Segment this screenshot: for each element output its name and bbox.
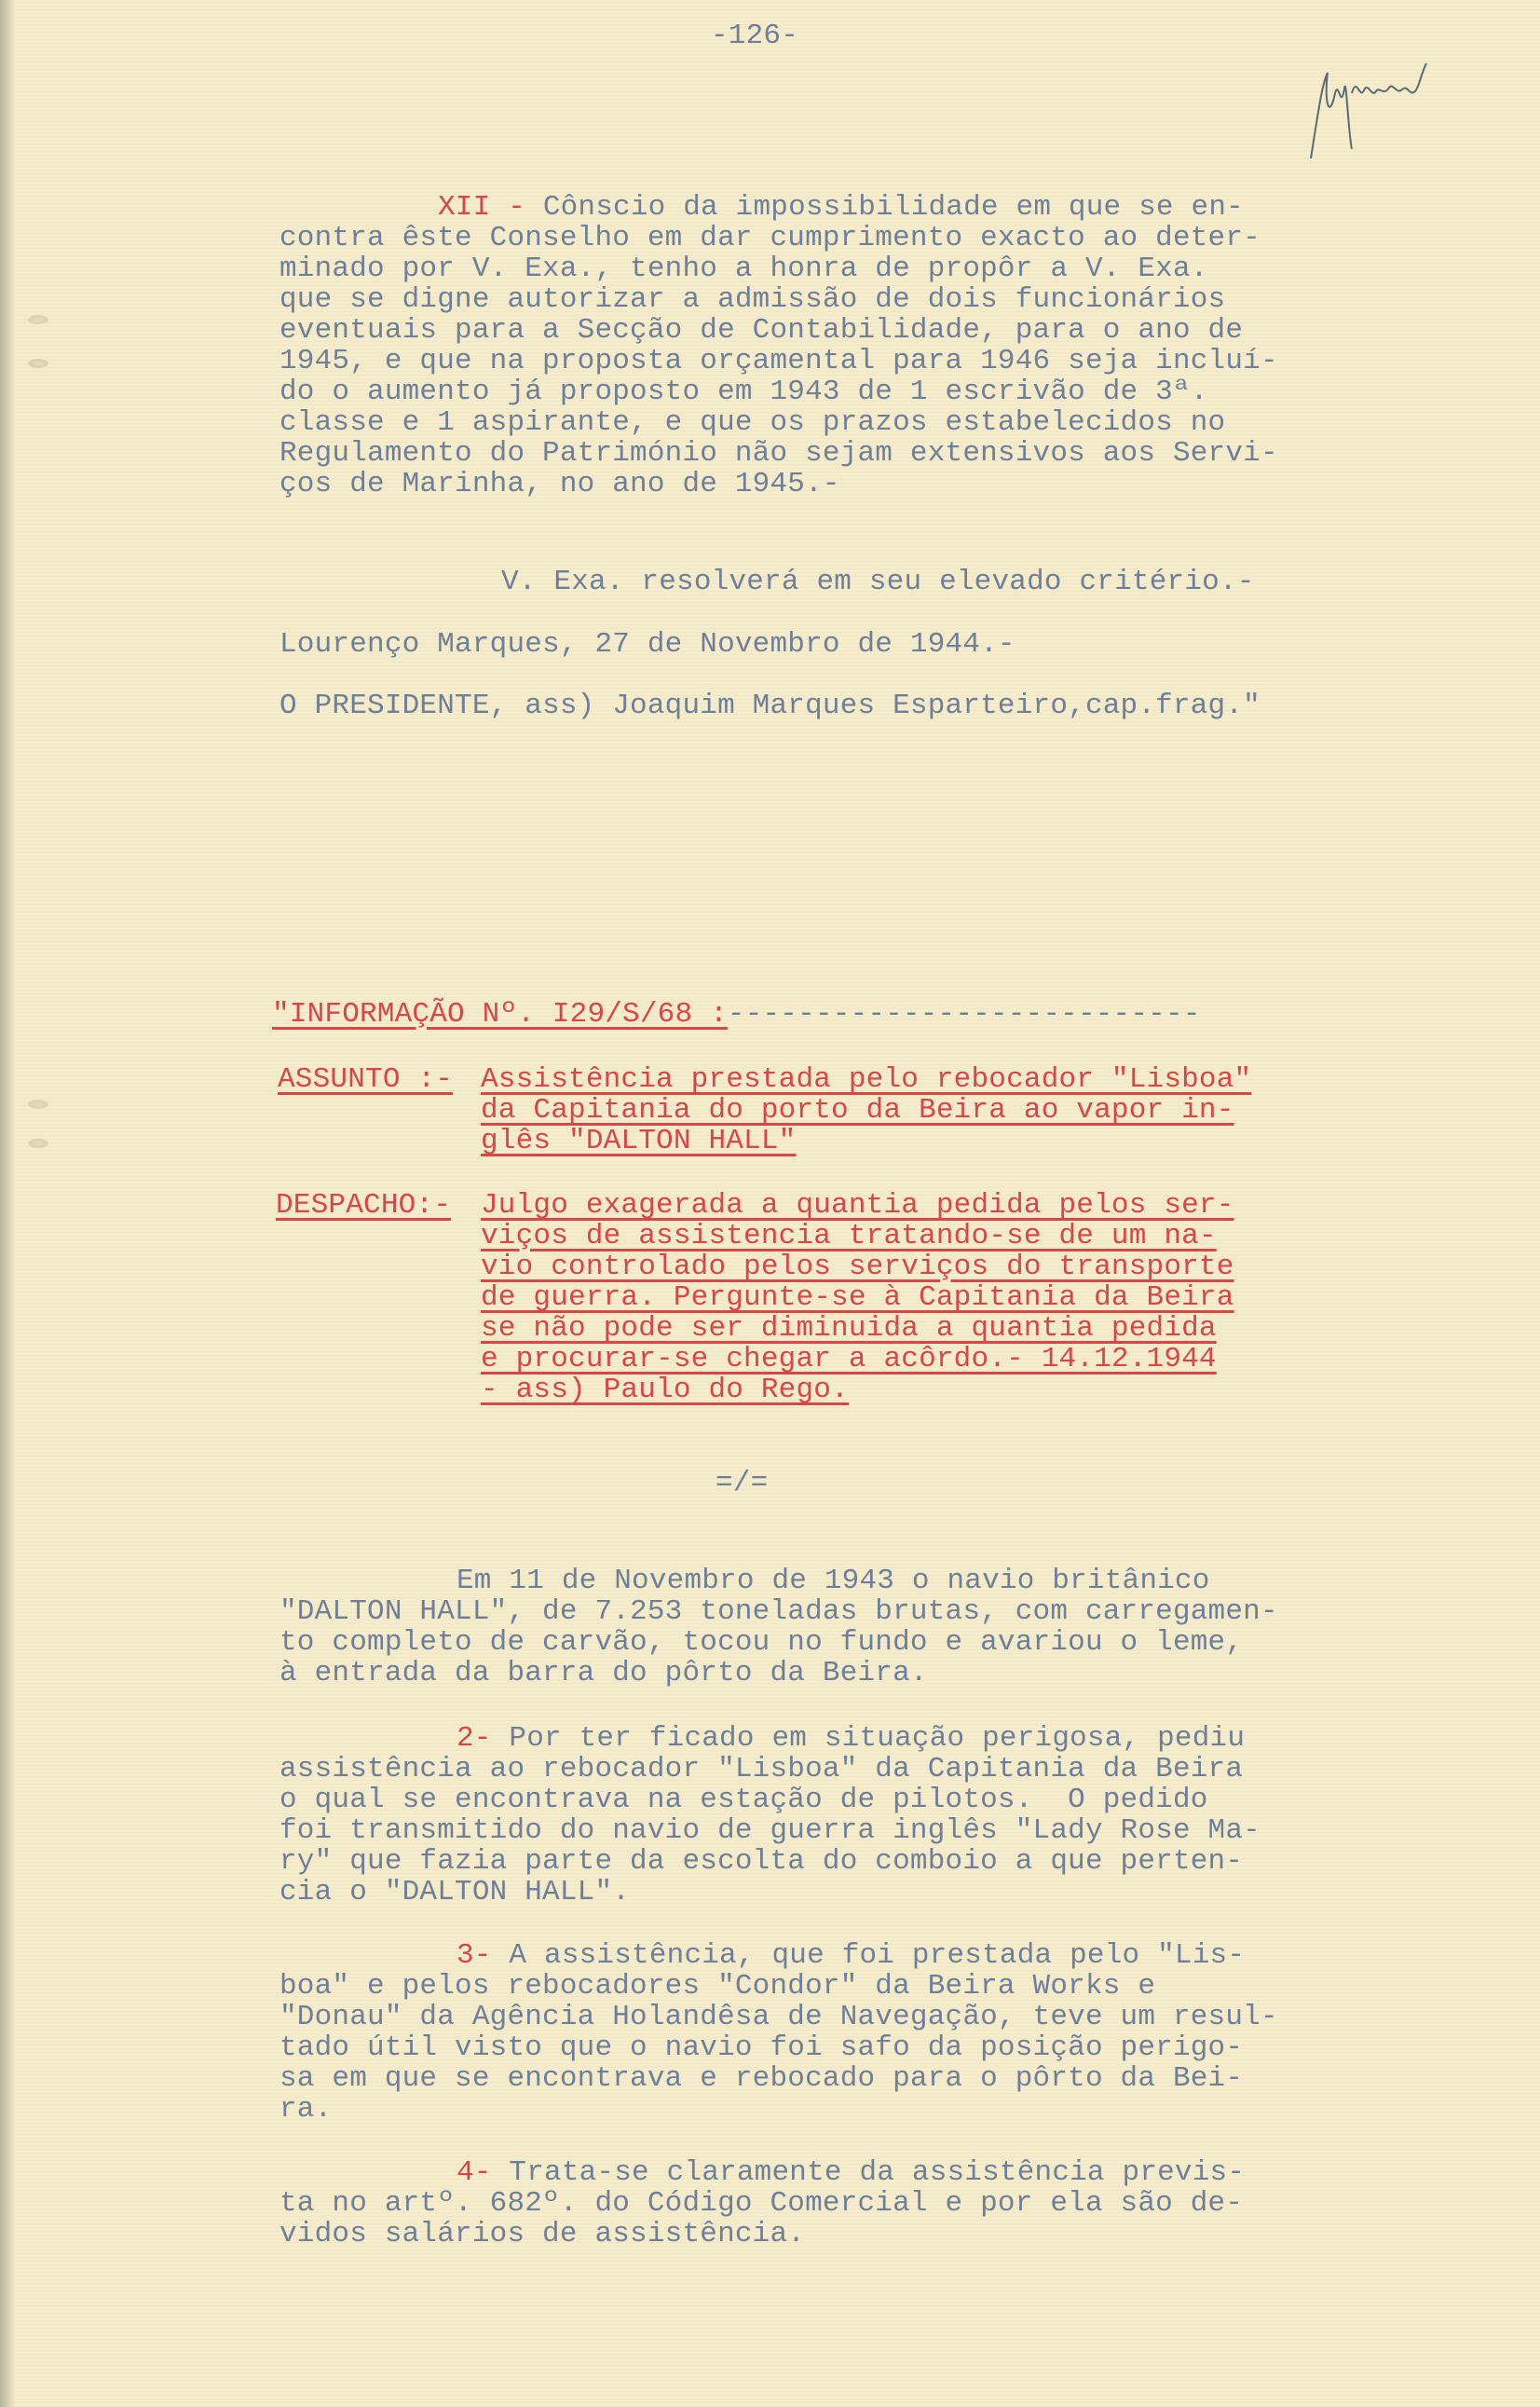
p4-number: 4- [457, 2156, 492, 2189]
place-date: Lourenço Marques, 27 de Novembro de 1944… [279, 629, 1015, 660]
assunto-line: glês "DALTON HALL" [481, 1126, 796, 1156]
signature-icon [1300, 56, 1486, 168]
section-xii-line: minado por V. Exa., tenho a honra de pro… [279, 253, 1208, 284]
p2-line: foi transmitido do navio de guerra inglê… [279, 1815, 1261, 1846]
signed-line: O PRESIDENTE, ass) Joaquim Marques Espar… [279, 691, 1261, 721]
despacho-line: de guerra. Pergunte-se à Capitania da Be… [481, 1282, 1234, 1313]
despacho-line: - ass) Paulo do Rego. [481, 1374, 849, 1405]
page-edge [0, 0, 15, 2407]
p4-line: ta no artº. 682º. do Código Comercial e … [279, 2188, 1243, 2219]
section-separator: =/= [715, 1468, 768, 1498]
assunto-line: Assistência prestada pelo rebocador "Lis… [481, 1064, 1251, 1095]
punch-mark [28, 359, 48, 368]
p2-number: 2- [457, 1722, 492, 1755]
punch-mark [28, 1100, 48, 1109]
p3-line: ra. [279, 2094, 332, 2125]
p3-line: 3- A assistência, que foi prestada pelo … [457, 1940, 1245, 1971]
despacho-line: e procurar-se chegar a acôrdo.- 14.12.19… [481, 1344, 1217, 1374]
punch-mark [28, 1139, 48, 1148]
p2-line: 2- Por ter ficado em situação perigosa, … [457, 1723, 1245, 1754]
section-xii-label: XII - [438, 191, 525, 224]
assunto-line: da Capitania do porto da Beira ao vapor … [481, 1095, 1234, 1126]
section-xii-line: contra êste Conselho em dar cumprimento … [279, 223, 1261, 253]
despacho-line: Julgo exagerada a quantia pedida pelos s… [481, 1190, 1234, 1221]
section-xii-line: eventuais para a Secção de Contabilidade… [279, 315, 1243, 346]
p3-line: sa em que se encontrava e rebocado para … [279, 2063, 1243, 2094]
p1-line: to completo de carvão, tocou no fundo e … [279, 1627, 1243, 1658]
section-xii-line: 1945, e que na proposta orçamental para … [279, 346, 1278, 376]
page-number: -126- [711, 21, 798, 51]
section-xii-line: ços de Marinha, no ano de 1945.- [279, 469, 840, 499]
p1-line: à entrada da barra do pôrto da Beira. [279, 1658, 928, 1689]
section-xii-line: que se digne autorizar a admissão de doi… [279, 284, 1225, 315]
despacho-label: DESPACHO:- [276, 1190, 451, 1221]
p1-line: Em 11 de Novembro de 1943 o navio britân… [457, 1566, 1210, 1596]
p3-line: boa" e pelos rebocadores "Condor" da Bei… [279, 1971, 1155, 2002]
p3-line: "Donau" da Agência Holandêsa de Navegaçã… [279, 2002, 1278, 2032]
p2-line: o qual se encontrava na estação de pilot… [279, 1785, 1208, 1815]
p2-line: ry" que fazia parte da escolta do comboi… [279, 1846, 1243, 1877]
p3-number: 3- [457, 1939, 492, 1972]
p2-line: cia o "DALTON HALL". [279, 1877, 630, 1908]
p4-line: 4- Trata-se claramente da assistência pr… [457, 2157, 1245, 2188]
p4-line: vidos salários de assistência. [279, 2219, 805, 2250]
section-xii-line: XII - Cônscio da impossibilidade em que … [438, 192, 1244, 223]
informacao-header: "INFORMAÇÃO Nº. I29/S/68 :--------------… [272, 999, 1201, 1030]
despacho-line: vio controlado pelos serviços do transpo… [481, 1251, 1234, 1282]
despacho-line: viços de assistencia tratando-se de um n… [481, 1221, 1217, 1251]
p2-line: assistência ao rebocador "Lisboa" da Cap… [279, 1754, 1243, 1785]
despacho-line: se não pode ser diminuida a quantia pedi… [481, 1313, 1217, 1344]
assunto-label: ASSUNTO :- [278, 1064, 453, 1095]
p3-line: tado útil visto que o navio foi safo da … [279, 2032, 1243, 2063]
punch-mark [28, 315, 48, 324]
section-xii-line: do o aumento já proposto em 1943 de 1 es… [279, 376, 1208, 407]
p1-line: "DALTON HALL", de 7.253 toneladas brutas… [279, 1596, 1278, 1627]
section-xii-line: classe e 1 aspirante, e que os prazos es… [279, 407, 1225, 438]
closing-line: V. Exa. resolverá em seu elevado critéri… [501, 567, 1255, 597]
section-xii-line: Regulamento do Património não sejam exte… [279, 438, 1278, 469]
